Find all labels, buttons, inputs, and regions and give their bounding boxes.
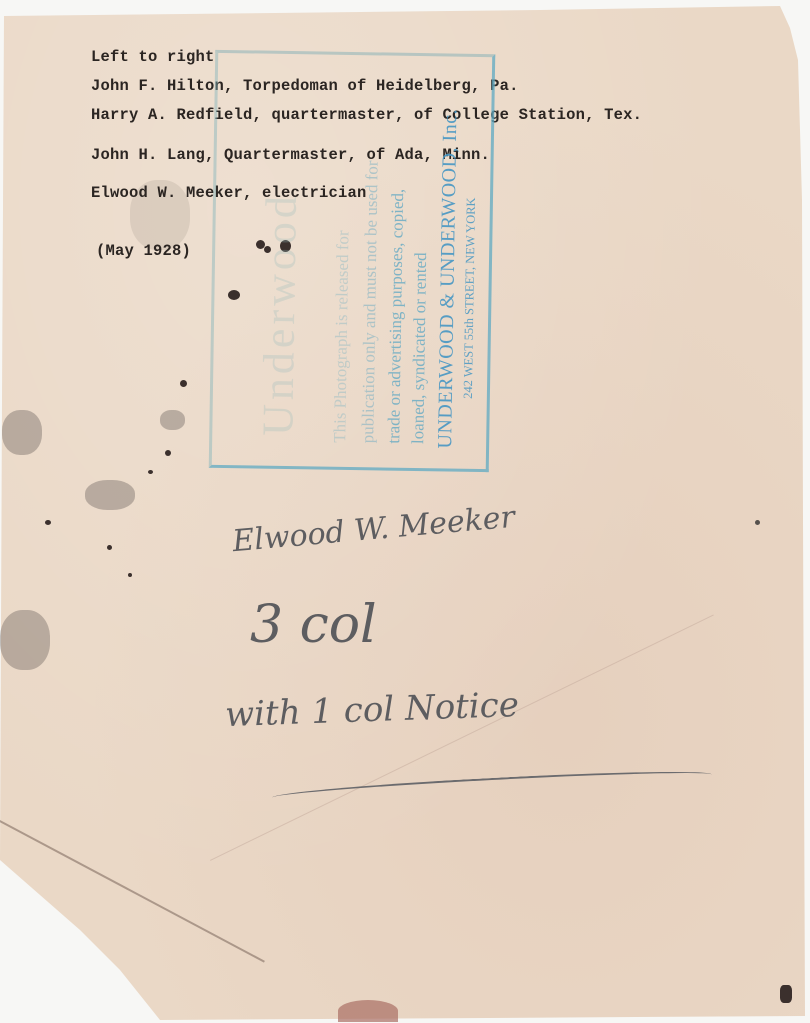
tape-residue — [338, 1000, 398, 1022]
caption-line-heading: Left to right — [91, 48, 215, 66]
stamp-text-rotated: Underwood This Photograph is released fo… — [212, 53, 492, 469]
stamp-notice-line-1: This Photograph is released for — [330, 230, 353, 443]
stamp-company: UNDERWOOD & UNDERWOOD, Inc. — [434, 109, 462, 449]
stamp-notice-line-2: publication only and must not be used fo… — [358, 160, 382, 443]
handwritten-size-note: 3 col — [250, 595, 377, 655]
stamp-notice-line-4: loaned, syndicated or rented — [408, 252, 431, 444]
stamp-notice-line-3: trade or advertising purposes, copied, — [384, 189, 408, 444]
stamp-address: 242 WEST 55th STREET, NEW YORK — [461, 197, 479, 399]
stamp-watermark: Underwood — [252, 192, 307, 437]
caption-date: (May 1928) — [96, 242, 191, 260]
agency-stamp: Underwood This Photograph is released fo… — [209, 50, 496, 472]
